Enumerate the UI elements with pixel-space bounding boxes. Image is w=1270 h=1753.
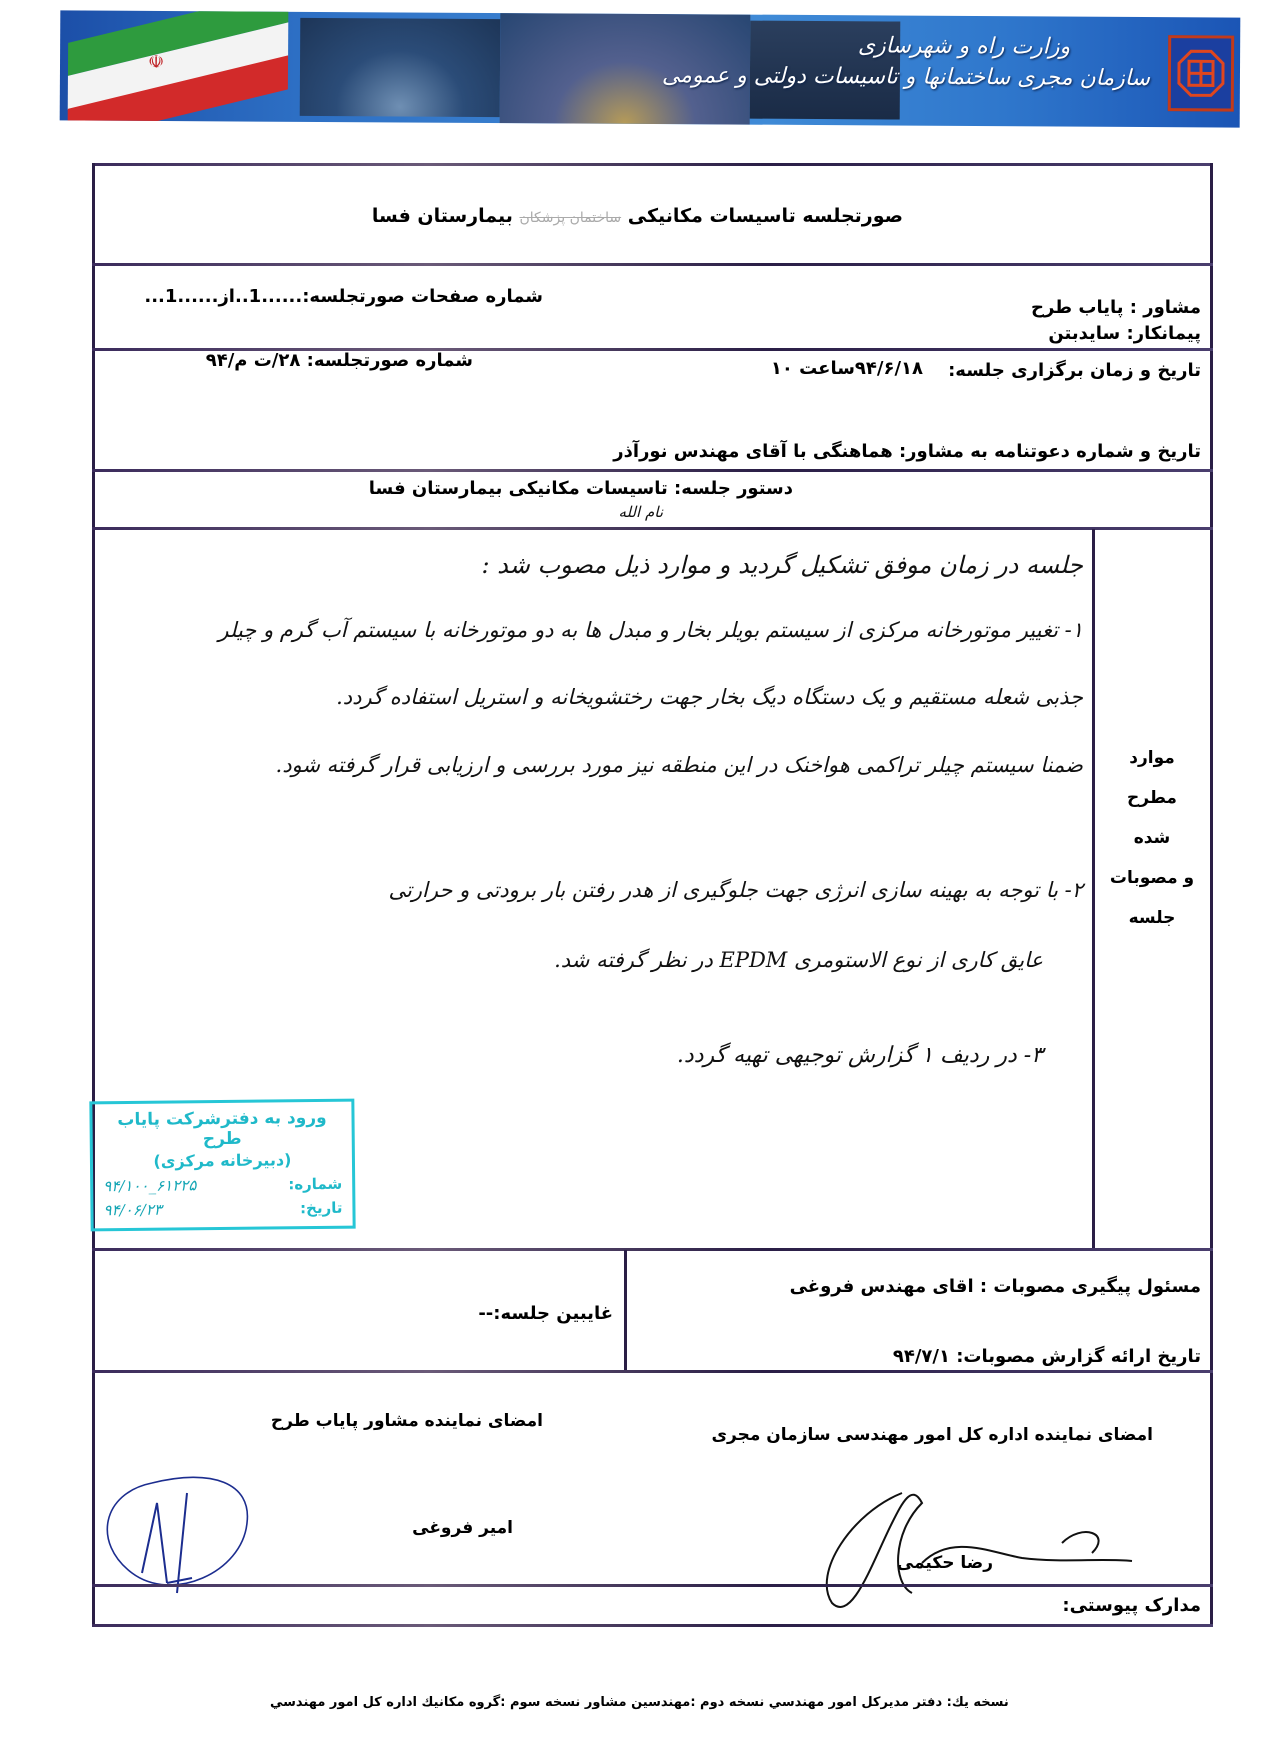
agenda-handwritten-note: نام الله: [618, 503, 663, 521]
divider: [92, 469, 1213, 472]
stamp-number-value: ۶۱۲۲۵_۹۴/۱۰۰: [103, 1176, 196, 1195]
side-label: موارد مطرح شده و مصوبات جلسه: [1102, 738, 1202, 938]
side-label-line: شده: [1102, 818, 1202, 858]
attachments-label: مدارک پیوستی:: [1062, 1595, 1201, 1616]
signature-left-label: امضای نماینده مشاور پایاب طرح: [271, 1411, 543, 1431]
ministry-line-2: سازمان مجری ساختمانها و تاسیسات دولتی و …: [662, 63, 1150, 91]
handwritten-item1-line2: جذبی شعله مستقیم و یک دستگاه دیگ بخار جه…: [336, 685, 1083, 709]
minutes-number: شماره صورتجلسه: ۲۸/ت م/۹۴: [206, 350, 473, 371]
stamp-date-label: تاریخ:: [300, 1199, 343, 1217]
handwritten-intro: جلسه در زمان موفق تشکیل گردید و موارد ذی…: [481, 551, 1083, 579]
handwritten-item2-line2: عایق کاری از نوع الاستومری EPDM در نظر گ…: [554, 948, 1043, 972]
pages-count: شماره صفحات صورتجلسه:......1..از......1.…: [144, 286, 543, 307]
office-entry-stamp: ورود به دفترشرکت پایاب طرح (دبیرخانه مرک…: [89, 1099, 355, 1232]
iran-flag-icon: ☫: [68, 15, 289, 116]
divider: [92, 1248, 1213, 1251]
border-bottom: [92, 1624, 1213, 1627]
minutes-form: صورتجلسه تاسیسات مکانیکی ساختمان پزشکان …: [92, 163, 1213, 1627]
signature-right-label: امضای نماینده اداره کل امور مهندسی سازما…: [711, 1425, 1153, 1445]
followup-label: مسئول پیگیری مصوبات : اقای مهندس فروغی: [790, 1276, 1201, 1297]
title-prefix: صورتجلسه تاسیسات مکانیکی: [628, 205, 903, 227]
absentees-label: غایبین جلسه:--: [478, 1303, 613, 1324]
window-emblem-icon: [1168, 35, 1234, 111]
side-label-line: و مصوبات: [1102, 858, 1202, 898]
handwritten-item2-line1: ۲- با توجه به بهینه سازی انرژی جهت جلوگی…: [389, 878, 1084, 902]
divider: [92, 527, 1213, 530]
contractor-label: پیمانکار: سایدبتن: [1048, 323, 1201, 344]
signature-right-scribble: [812, 1473, 1142, 1613]
parliament-photo: [300, 18, 501, 117]
border-top: [92, 163, 1213, 166]
stamp-subtitle: (دبیرخانه مرکزی): [103, 1150, 342, 1172]
consultant-label: مشاور : پایاب طرح: [1031, 297, 1201, 318]
border-left: [92, 163, 95, 1627]
signature-left-scribble: [92, 1463, 272, 1613]
handwritten-item1-line1: ۱- تغییر موتورخانه مرکزی از سیستم بویلر …: [218, 618, 1083, 642]
stamp-number-label: شماره:: [288, 1175, 342, 1194]
side-label-line: جلسه: [1102, 898, 1202, 938]
ministry-title: وزارت راه و شهرسازی سازمان مجری ساختمانه…: [662, 32, 1150, 91]
side-label-line: موارد: [1102, 738, 1202, 778]
border-right: [1210, 163, 1213, 1627]
stamp-title: ورود به دفترشرکت پایاب طرح: [102, 1108, 341, 1151]
divider: [92, 1584, 1213, 1587]
handwritten-item1-line3: ضمنا سیستم چیلر تراکمی هواخنک در این منط…: [276, 753, 1083, 777]
followup-divider: [624, 1250, 627, 1370]
handwritten-item3: ۳- در ردیف ۱ گزارش توجیهی تهیه گردد.: [677, 1043, 1043, 1068]
header-banner: ☫ وزارت راه و شهرسازی سازمان مجری ساختما…: [60, 10, 1241, 127]
ministry-line-1: وزارت راه و شهرسازی: [662, 32, 1070, 59]
side-label-line: مطرح: [1102, 778, 1202, 818]
title-struck-text: ساختمان پزشکان: [520, 210, 622, 226]
minutes-number-label: شماره صورتجلسه:: [307, 350, 473, 371]
report-date-label: تاریخ ارائه گزارش مصوبات: ۹۴/۷/۱: [893, 1346, 1201, 1367]
meeting-date-label: تاریخ و زمان برگزاری جلسه:: [948, 360, 1201, 381]
invitation-label: تاریخ و شماره دعوتنامه به مشاور: هماهنگی…: [613, 441, 1201, 462]
form-title: صورتجلسه تاسیسات مکانیکی ساختمان پزشکان …: [372, 205, 903, 227]
stamp-number-row: شماره: ۶۱۲۲۵_۹۴/۱۰۰: [103, 1175, 342, 1196]
divider: [92, 1370, 1213, 1373]
divider: [92, 263, 1213, 266]
signature-left-name: امیر فروغی: [412, 1518, 513, 1538]
stamp-date-value: ۹۴/۰۶/۲۳: [103, 1201, 162, 1220]
stamp-date-row: تاریخ: ۹۴/۰۶/۲۳: [103, 1199, 342, 1220]
title-suffix: بیمارستان فسا: [372, 205, 513, 227]
minutes-number-value: ۲۸/ت م/۹۴: [206, 350, 301, 371]
copy-distribution: نسخه یك: دفتر مديركل امور مهندسي نسخه دو…: [270, 1695, 1009, 1710]
side-column-divider: [1092, 529, 1095, 1249]
agenda-label: دستور جلسه: تاسیسات مکانیکی بیمارستان فس…: [369, 478, 793, 499]
meeting-date-value: ۹۴/۶/۱۸ساعت ۱۰: [771, 358, 923, 379]
